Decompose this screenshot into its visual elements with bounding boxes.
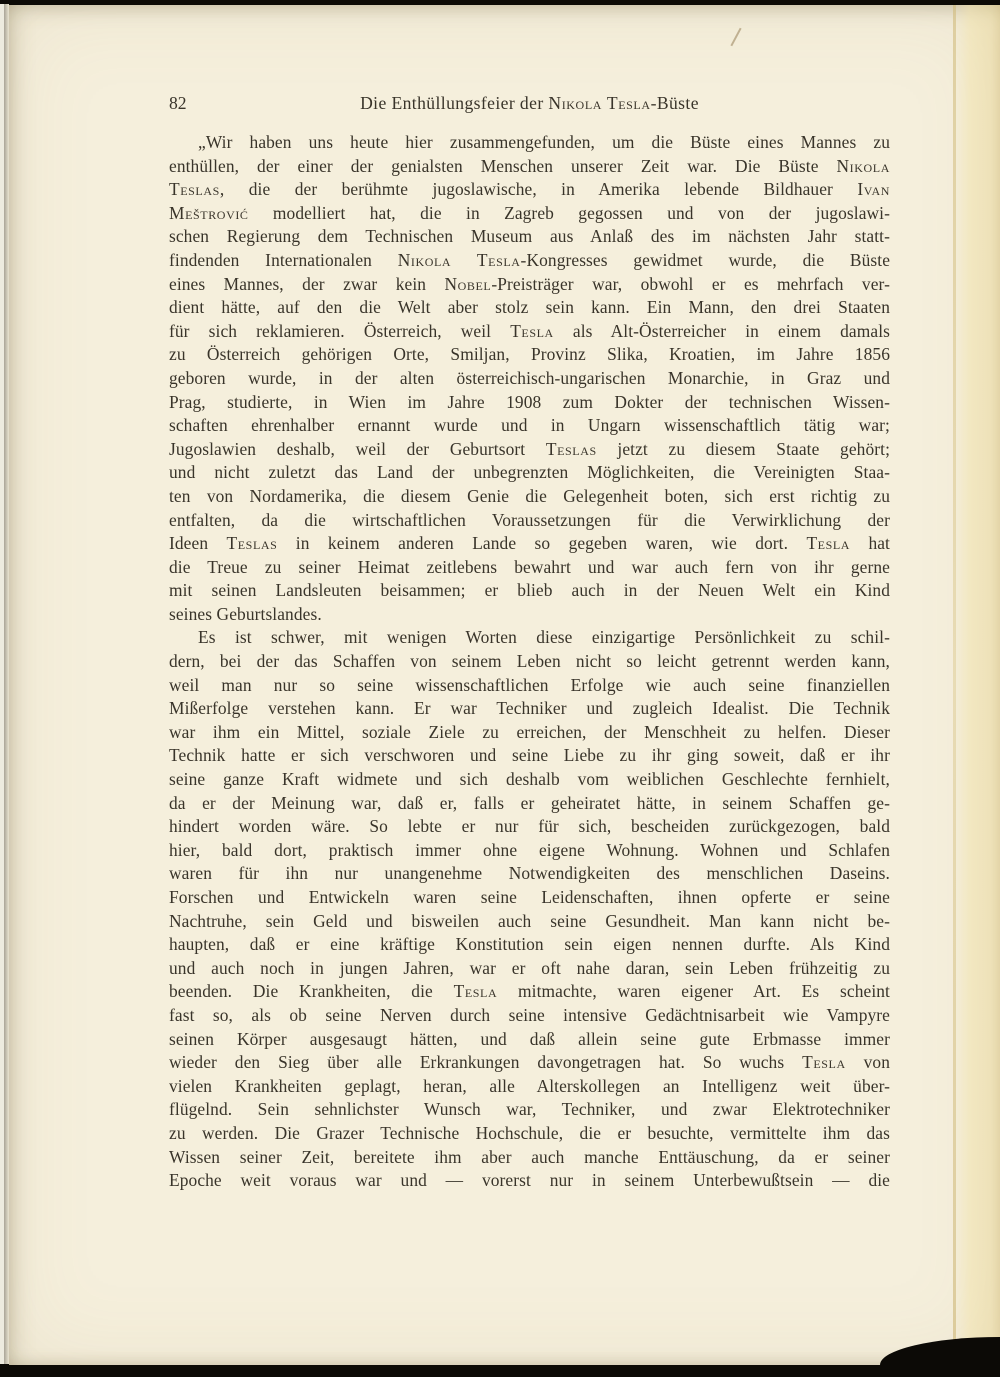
text-line: mit seinen Landsleuten beisammen; er bli…: [169, 579, 890, 603]
book-page-scan: 82 Die Enthüllungsfeier der Nikola Tesla…: [0, 0, 1000, 1377]
text-line: ten von Nordamerika, die diesem Genie di…: [169, 485, 890, 509]
paragraph: „Wir haben uns heute hier zusammengefund…: [169, 131, 890, 626]
text-line: haupten, daß er eine kräftige Konstituti…: [169, 933, 890, 957]
small-caps-name: Tesla: [510, 321, 554, 341]
text-line: da er der Meinung war, daß er, falls er …: [169, 792, 890, 816]
text-line: „Wir haben uns heute hier zusammengefund…: [169, 131, 890, 155]
text-line: wieder den Sieg über alle Erkrankungen d…: [169, 1051, 890, 1075]
text-line: seines Geburtslandes.: [169, 603, 890, 627]
small-caps-name: Nikola: [548, 93, 602, 113]
text-line: Jugoslawien deshalb, weil der Geburtsort…: [169, 438, 890, 462]
text-line: weil man nur so seine wissenschaftlichen…: [169, 674, 890, 698]
text-line: Wissen seiner Zeit, bereitete ihm aber a…: [169, 1146, 890, 1170]
text-line: seine ganze Kraft widmete und sich desha…: [169, 768, 890, 792]
text-line: und auch noch in jungen Jahren, war er o…: [169, 957, 890, 981]
text-line: geboren wurde, in der alten österreichis…: [169, 367, 890, 391]
text-line: für sich reklamieren. Österreich, weil T…: [169, 320, 890, 344]
small-caps-name: Tesla: [607, 93, 651, 113]
small-caps-name: Tesla: [802, 1052, 846, 1072]
small-caps-name: Nobel: [444, 274, 491, 294]
text-line: hindert worden wäre. So lebte er nur für…: [169, 815, 890, 839]
text-line: zu Österreich gehörigen Orte, Smiljan, P…: [169, 343, 890, 367]
text-line: fast so, als ob seine Nerven durch seine…: [169, 1004, 890, 1028]
text-line: beenden. Die Krankheiten, die Tesla mitm…: [169, 980, 890, 1004]
text-line: flügelnd. Sein sehnlichster Wunsch war, …: [169, 1098, 890, 1122]
text-line: eines Mannes, der zwar kein Nobel-Preist…: [169, 273, 890, 297]
book-page: 82 Die Enthüllungsfeier der Nikola Tesla…: [9, 5, 1000, 1365]
small-caps-name: Meštrović: [169, 203, 249, 223]
small-caps-name: Tesla: [454, 981, 498, 1001]
text-line: und nicht zuletzt das Land der unbegrenz…: [169, 461, 890, 485]
text-line: Ideen Teslas in keinem anderen Lande so …: [169, 532, 890, 556]
small-caps-name: Ivan: [857, 179, 890, 199]
running-title: Die Enthüllungsfeier der Nikola Tesla-Bü…: [169, 91, 890, 115]
text-line: findenden Internationalen Nikola Tesla-K…: [169, 249, 890, 273]
text-line: Technik hatte er sich verschworen und se…: [169, 744, 890, 768]
page-content: 82 Die Enthüllungsfeier der Nikola Tesla…: [9, 91, 1000, 1193]
text-line: seinen Körper ausgesaugt hätten, und daß…: [169, 1028, 890, 1052]
text-line: Forschen und Entwickeln waren seine Leid…: [169, 886, 890, 910]
paragraph: Es ist schwer, mit wenigen Worten diese …: [169, 626, 890, 1192]
small-caps-name: Tesla: [806, 533, 850, 553]
text-line: Teslas, die der berühmte jugoslawische, …: [169, 178, 890, 202]
text-line: waren für ihn nur unangenehme Notwendigk…: [169, 862, 890, 886]
small-caps-name: Teslas: [169, 179, 220, 199]
text-line: zu werden. Die Grazer Technische Hochsch…: [169, 1122, 890, 1146]
paper-scratch-mark: [730, 28, 741, 47]
small-caps-name: Nikola: [398, 250, 451, 270]
text-block: „Wir haben uns heute hier zusammengefund…: [169, 131, 890, 1193]
text-line: schaften ehrenhalber ernannt wurde und i…: [169, 414, 890, 438]
small-caps-name: Nikola: [837, 156, 890, 176]
page-number: 82: [169, 91, 187, 115]
small-caps-name: Teslas: [546, 439, 597, 459]
text-line: war ihm ein Mittel, soziale Ziele zu err…: [169, 721, 890, 745]
text-line: entfalten, da die wirtschaftlichen Vorau…: [169, 509, 890, 533]
text-line: Mißerfolge verstehen kann. Er war Techni…: [169, 697, 890, 721]
text-line: dient hätte, auf den die Welt aber stolz…: [169, 296, 890, 320]
page-header: 82 Die Enthüllungsfeier der Nikola Tesla…: [169, 91, 890, 115]
text-line: dern, bei der das Schaffen von seinem Le…: [169, 650, 890, 674]
text-line: hier, bald dort, praktisch immer ohne ei…: [169, 839, 890, 863]
small-caps-name: Teslas: [227, 533, 278, 553]
text-line: Meštrović modelliert hat, die in Zagreb …: [169, 202, 890, 226]
text-line: enthüllen, der einer der genialsten Mens…: [169, 155, 890, 179]
text-line: schen Regierung dem Technischen Museum a…: [169, 225, 890, 249]
text-line: Nachtruhe, sein Geld und bisweilen auch …: [169, 910, 890, 934]
text-line: vielen Krankheiten geplagt, heran, alle …: [169, 1075, 890, 1099]
small-caps-name: Tesla: [477, 250, 521, 270]
text-line: die Treue zu seiner Heimat zeitlebens be…: [169, 556, 890, 580]
text-line: Prag, studierte, in Wien im Jahre 1908 z…: [169, 391, 890, 415]
text-line: Es ist schwer, mit wenigen Worten diese …: [169, 626, 890, 650]
text-line: Epoche weit voraus war und — vorerst nur…: [169, 1169, 890, 1193]
